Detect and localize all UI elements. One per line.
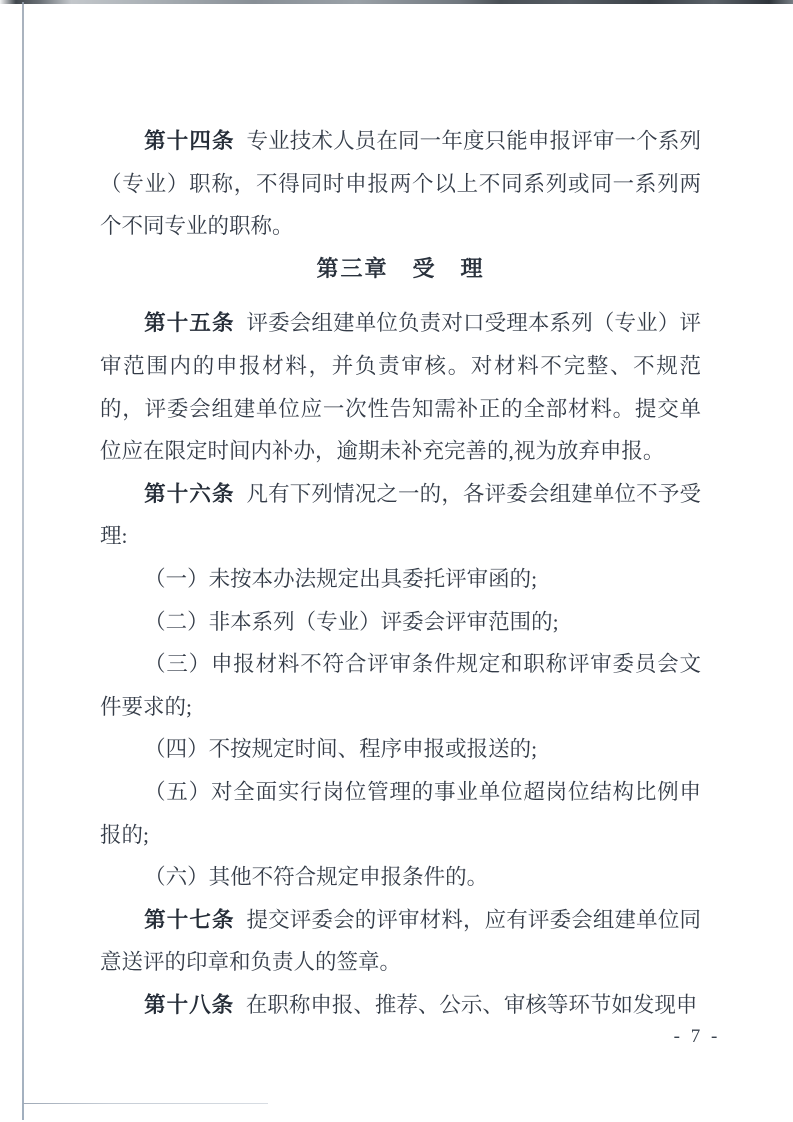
article-17-paragraph: 第十七条提交评委会的评审材料，应有评委会组建单位同意送评的印章和负责人的签章。 <box>100 899 701 984</box>
article-14-paragraph: 第十四条专业技术人员在同一年度只能申报评审一个系列（专业）职称，不得同时申报两个… <box>100 120 701 248</box>
article-14-number: 第十四条 <box>144 129 235 153</box>
article-18-text: 在职称申报、推荐、公示、审核等环节如发现申 <box>246 993 698 1017</box>
article-16-item-6: （六）其他不符合规定申报条件的。 <box>100 856 701 899</box>
article-16-item-1: （一）未按本办法规定出具委托评审函的; <box>100 558 701 601</box>
document-body: 第十四条专业技术人员在同一年度只能申报评审一个系列（专业）职称，不得同时申报两个… <box>100 120 701 1026</box>
article-16-item-4: （四）不按规定时间、程序申报或报送的; <box>100 728 701 771</box>
article-18-paragraph: 第十八条在职称申报、推荐、公示、审核等环节如发现申 <box>100 984 701 1027</box>
article-15-number: 第十五条 <box>144 311 235 335</box>
scan-artifact-bottom-line <box>23 1103 268 1104</box>
chapter-3-heading: 第三章 受 理 <box>100 248 701 291</box>
article-15-paragraph: 第十五条评委会组建单位负责对口受理本系列（专业）评审范围内的申报材料，并负责审核… <box>100 302 701 472</box>
article-17-number: 第十七条 <box>144 908 235 932</box>
article-18-number: 第十八条 <box>144 993 234 1017</box>
scanned-document-page: 第十四条专业技术人员在同一年度只能申报评审一个系列（专业）职称，不得同时申报两个… <box>0 0 793 1122</box>
page-number: - 7 - <box>652 1026 742 1048</box>
article-16-item-3: （三）申报材料不符合评审条件规定和职称评审委员会文件要求的; <box>100 643 701 728</box>
article-16-item-2: （二）非本系列（专业）评委会评审范围的; <box>100 601 701 644</box>
article-16-number: 第十六条 <box>144 482 235 506</box>
article-16-paragraph: 第十六条凡有下列情况之一的，各评委会组建单位不予受理: <box>100 473 701 558</box>
scan-artifact-fold-line <box>22 2 24 1120</box>
scan-artifact-top-edge <box>0 0 793 4</box>
article-16-item-5: （五）对全面实行岗位管理的事业单位超岗位结构比例申报的; <box>100 771 701 856</box>
